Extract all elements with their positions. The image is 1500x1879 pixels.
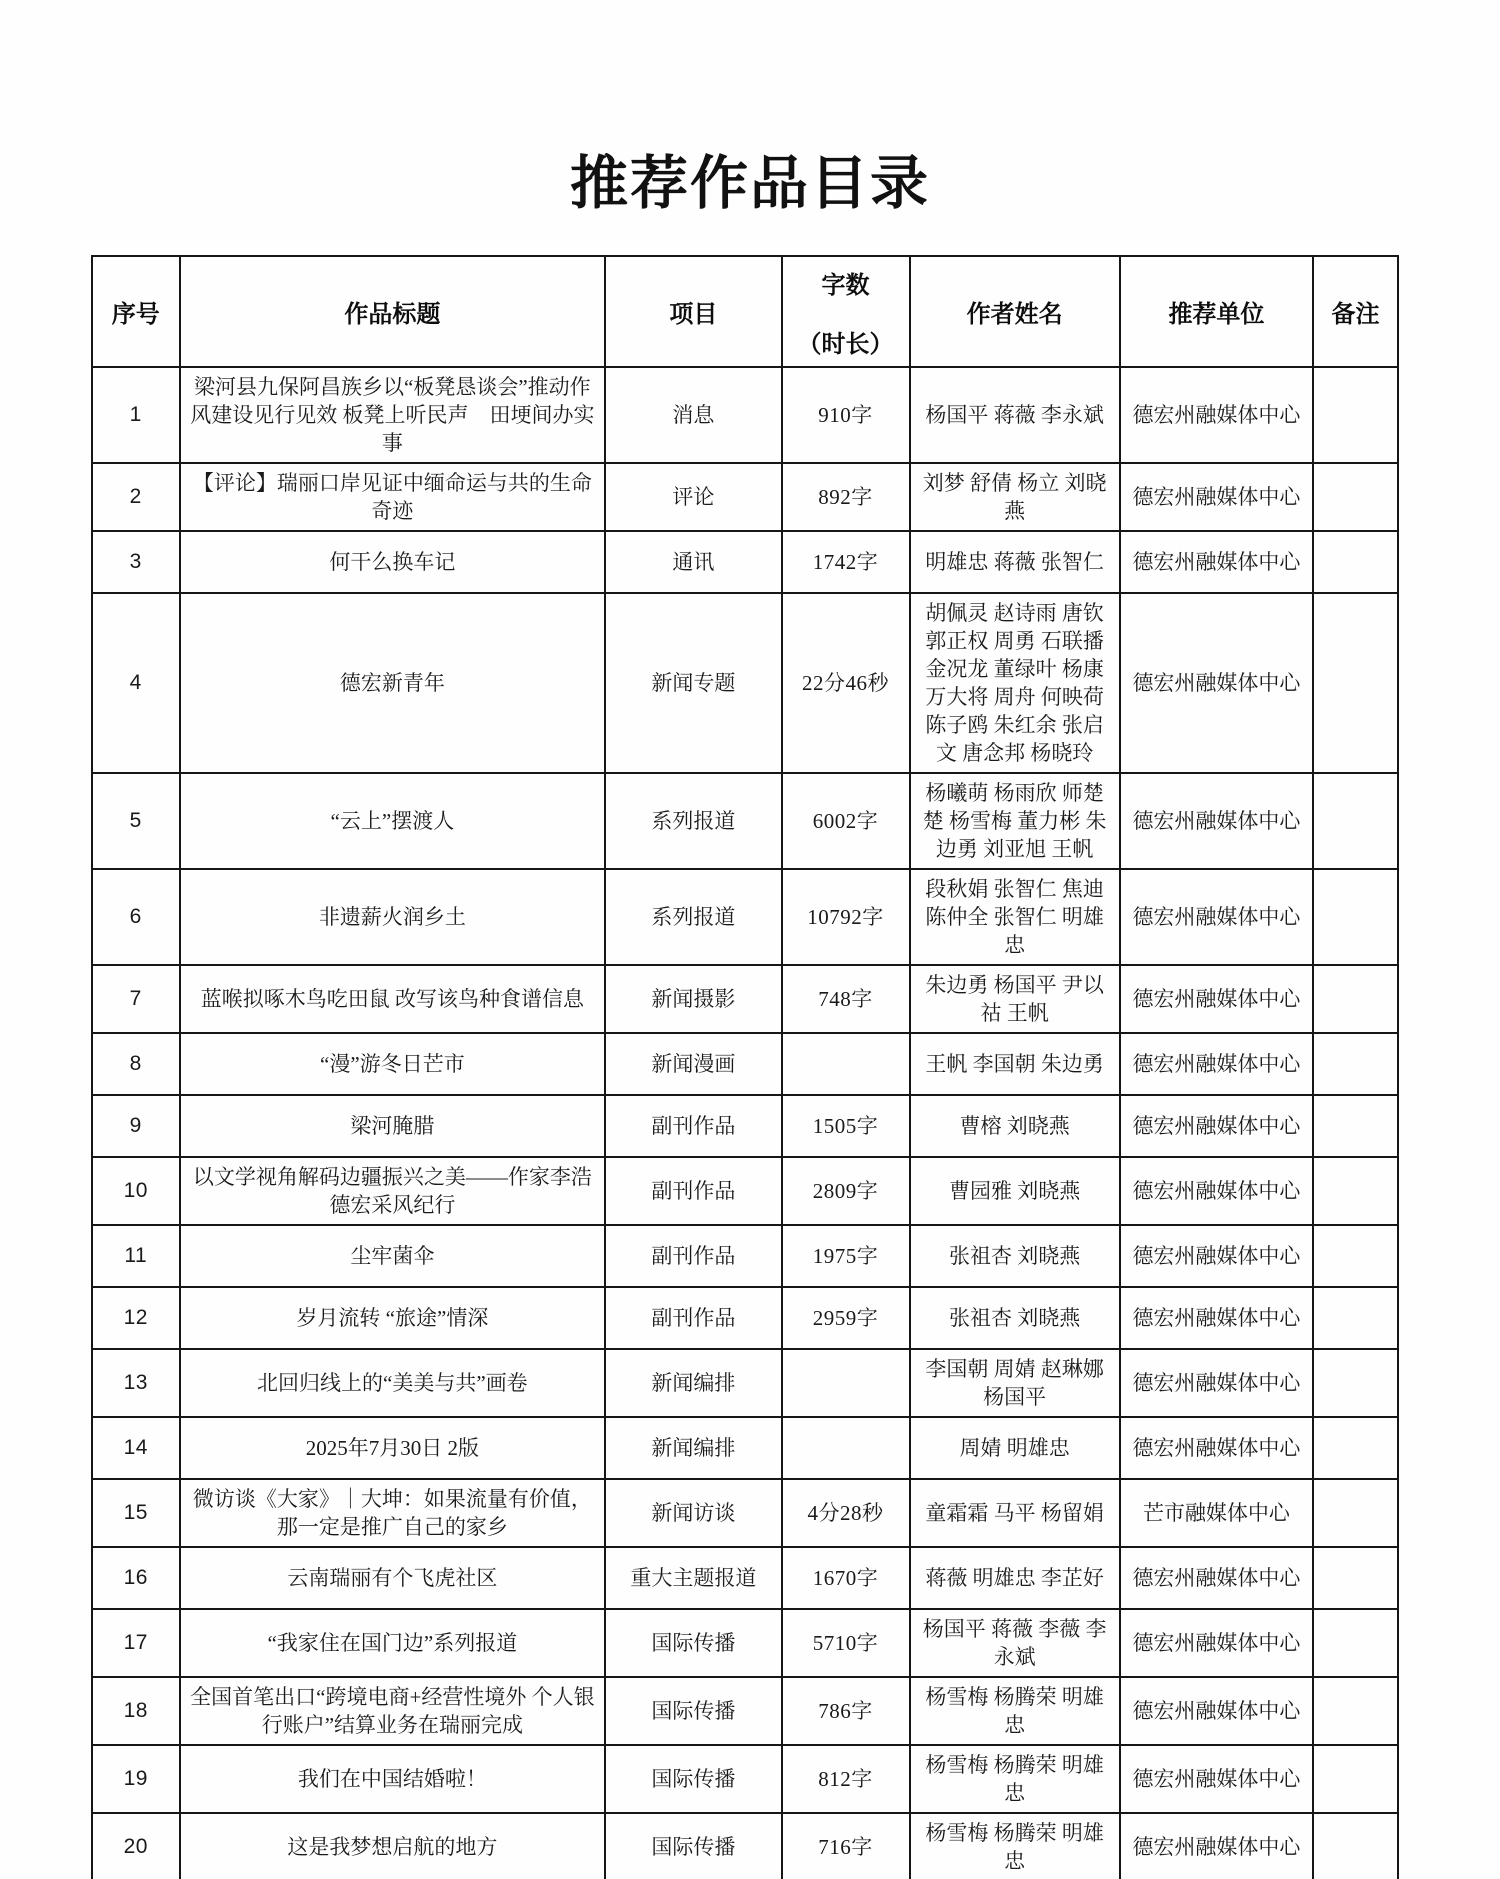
cell-authors: 曹榕 刘晓燕: [910, 1095, 1120, 1157]
cell-no: 13: [92, 1349, 180, 1417]
table-row: 1梁河县九保阿昌族乡以“板凳恳谈会”推动作风建设见行见效 板凳上听民声 田埂间办…: [92, 367, 1398, 463]
cell-unit: 德宏州融媒体中心: [1120, 367, 1313, 463]
cell-unit: 德宏州融媒体中心: [1120, 965, 1313, 1033]
cell-authors: 张祖杏 刘晓燕: [910, 1287, 1120, 1349]
cell-category: 新闻访谈: [605, 1479, 781, 1547]
cell-no: 15: [92, 1479, 180, 1547]
cell-authors: 杨雪梅 杨腾荣 明雄忠: [910, 1813, 1120, 1879]
cell-no: 17: [92, 1609, 180, 1677]
cell-category: 新闻摄影: [605, 965, 781, 1033]
cell-no: 18: [92, 1677, 180, 1745]
cell-title: “漫”游冬日芒市: [180, 1033, 606, 1095]
table-row: 11尘牢菌伞副刊作品1975字张祖杏 刘晓燕德宏州融媒体中心: [92, 1225, 1398, 1287]
cell-category: 消息: [605, 367, 781, 463]
cell-note: [1313, 1609, 1398, 1677]
cell-authors: 童霜霜 马平 杨留娟: [910, 1479, 1120, 1547]
cell-length: 5710字: [782, 1609, 910, 1677]
cell-authors: 明雄忠 蒋薇 张智仁: [910, 531, 1120, 593]
cell-note: [1313, 593, 1398, 773]
cell-note: [1313, 367, 1398, 463]
cell-length: 1975字: [782, 1225, 910, 1287]
cell-authors: 杨国平 蒋薇 李永斌: [910, 367, 1120, 463]
column-header-length: 字数（时长）: [782, 256, 910, 367]
cell-no: 11: [92, 1225, 180, 1287]
table-row: 2【评论】瑞丽口岸见证中缅命运与共的生命奇迹评论892字刘梦 舒倩 杨立 刘晓燕…: [92, 463, 1398, 531]
table-row: 10以文学视角解码边疆振兴之美——作家李浩德宏采风纪行副刊作品2809字曹园雅 …: [92, 1157, 1398, 1225]
cell-length: 10792字: [782, 869, 910, 965]
table-row: 9梁河腌腊副刊作品1505字曹榕 刘晓燕德宏州融媒体中心: [92, 1095, 1398, 1157]
cell-unit: 芒市融媒体中心: [1120, 1479, 1313, 1547]
cell-authors: 蒋薇 明雄忠 李芷好: [910, 1547, 1120, 1609]
cell-no: 2: [92, 463, 180, 531]
cell-length: 2809字: [782, 1157, 910, 1225]
cell-unit: 德宏州融媒体中心: [1120, 773, 1313, 869]
cell-authors: 周婧 明雄忠: [910, 1417, 1120, 1479]
cell-authors: 段秋娟 张智仁 焦迪 陈仲全 张智仁 明雄忠: [910, 869, 1120, 965]
cell-category: 国际传播: [605, 1745, 781, 1813]
cell-note: [1313, 1745, 1398, 1813]
cell-unit: 德宏州融媒体中心: [1120, 1095, 1313, 1157]
column-header-line: 项目: [610, 294, 776, 329]
cell-unit: 德宏州融媒体中心: [1120, 1677, 1313, 1745]
cell-title: 这是我梦想启航的地方: [180, 1813, 606, 1879]
table-row: 3何干么换车记通讯1742字明雄忠 蒋薇 张智仁德宏州融媒体中心: [92, 531, 1398, 593]
table-row: 142025年7月30日 2版新闻编排周婧 明雄忠德宏州融媒体中心: [92, 1417, 1398, 1479]
column-header-line: 备注: [1318, 294, 1393, 329]
table-row: 18全国首笔出口“跨境电商+经营性境外 个人银行账户”结算业务在瑞丽完成国际传播…: [92, 1677, 1398, 1745]
cell-length: 1670字: [782, 1547, 910, 1609]
cell-note: [1313, 463, 1398, 531]
cell-no: 20: [92, 1813, 180, 1879]
cell-length: 4分28秒: [782, 1479, 910, 1547]
cell-title: 梁河县九保阿昌族乡以“板凳恳谈会”推动作风建设见行见效 板凳上听民声 田埂间办实…: [180, 367, 606, 463]
cell-unit: 德宏州融媒体中心: [1120, 1225, 1313, 1287]
cell-title: 全国首笔出口“跨境电商+经营性境外 个人银行账户”结算业务在瑞丽完成: [180, 1677, 606, 1745]
cell-no: 4: [92, 593, 180, 773]
cell-category: 国际传播: [605, 1677, 781, 1745]
cell-length: 812字: [782, 1745, 910, 1813]
cell-unit: 德宏州融媒体中心: [1120, 1033, 1313, 1095]
cell-unit: 德宏州融媒体中心: [1120, 869, 1313, 965]
table-row: 20这是我梦想启航的地方国际传播716字杨雪梅 杨腾荣 明雄忠德宏州融媒体中心: [92, 1813, 1398, 1879]
table-row: 17“我家住在国门边”系列报道国际传播5710字杨国平 蒋薇 李薇 李永斌德宏州…: [92, 1609, 1398, 1677]
cell-no: 6: [92, 869, 180, 965]
cell-no: 3: [92, 531, 180, 593]
column-header-authors: 作者姓名: [910, 256, 1120, 367]
cell-category: 新闻专题: [605, 593, 781, 773]
table-row: 6非遗薪火润乡土系列报道10792字段秋娟 张智仁 焦迪 陈仲全 张智仁 明雄忠…: [92, 869, 1398, 965]
cell-note: [1313, 773, 1398, 869]
cell-unit: 德宏州融媒体中心: [1120, 1745, 1313, 1813]
cell-title: 以文学视角解码边疆振兴之美——作家李浩德宏采风纪行: [180, 1157, 606, 1225]
cell-authors: 杨雪梅 杨腾荣 明雄忠: [910, 1745, 1120, 1813]
cell-length: [782, 1033, 910, 1095]
cell-note: [1313, 1287, 1398, 1349]
cell-no: 8: [92, 1033, 180, 1095]
cell-length: [782, 1349, 910, 1417]
table-row: 16云南瑞丽有个飞虎社区重大主题报道1670字蒋薇 明雄忠 李芷好德宏州融媒体中…: [92, 1547, 1398, 1609]
cell-category: 副刊作品: [605, 1157, 781, 1225]
cell-title: 2025年7月30日 2版: [180, 1417, 606, 1479]
cell-category: 评论: [605, 463, 781, 531]
cell-category: 通讯: [605, 531, 781, 593]
table-body: 1梁河县九保阿昌族乡以“板凳恳谈会”推动作风建设见行见效 板凳上听民声 田埂间办…: [92, 367, 1398, 1879]
cell-length: 716字: [782, 1813, 910, 1879]
cell-authors: 张祖杏 刘晓燕: [910, 1225, 1120, 1287]
cell-unit: 德宏州融媒体中心: [1120, 1287, 1313, 1349]
cell-length: 1742字: [782, 531, 910, 593]
cell-no: 10: [92, 1157, 180, 1225]
cell-unit: 德宏州融媒体中心: [1120, 1609, 1313, 1677]
column-header-line: 序号: [97, 294, 175, 329]
cell-title: 梁河腌腊: [180, 1095, 606, 1157]
cell-unit: 德宏州融媒体中心: [1120, 1417, 1313, 1479]
cell-note: [1313, 1479, 1398, 1547]
table-header: 序号作品标题项目字数（时长）作者姓名推荐单位备注: [92, 256, 1398, 367]
cell-note: [1313, 965, 1398, 1033]
cell-unit: 德宏州融媒体中心: [1120, 1547, 1313, 1609]
cell-length: 786字: [782, 1677, 910, 1745]
cell-title: 北回归线上的“美美与共”画卷: [180, 1349, 606, 1417]
column-header-title: 作品标题: [180, 256, 606, 367]
cell-title: 何干么换车记: [180, 531, 606, 593]
cell-title: 微访谈《大家》｜大坤：如果流量有价值，那一定是推广自己的家乡: [180, 1479, 606, 1547]
cell-length: 1505字: [782, 1095, 910, 1157]
document-page: 推荐作品目录 序号作品标题项目字数（时长）作者姓名推荐单位备注 1梁河县九保阿昌…: [0, 0, 1500, 1879]
cell-category: 新闻漫画: [605, 1033, 781, 1095]
cell-category: 新闻编排: [605, 1349, 781, 1417]
cell-length: 6002字: [782, 773, 910, 869]
cell-no: 14: [92, 1417, 180, 1479]
cell-category: 重大主题报道: [605, 1547, 781, 1609]
cell-unit: 德宏州融媒体中心: [1120, 1813, 1313, 1879]
cell-authors: 王帆 李国朝 朱边勇: [910, 1033, 1120, 1095]
table-row: 8“漫”游冬日芒市新闻漫画王帆 李国朝 朱边勇德宏州融媒体中心: [92, 1033, 1398, 1095]
column-header-note: 备注: [1313, 256, 1398, 367]
cell-title: “云上”摆渡人: [180, 773, 606, 869]
cell-category: 国际传播: [605, 1609, 781, 1677]
cell-note: [1313, 1547, 1398, 1609]
cell-no: 9: [92, 1095, 180, 1157]
cell-unit: 德宏州融媒体中心: [1120, 463, 1313, 531]
page-title: 推荐作品目录: [0, 136, 1500, 220]
cell-note: [1313, 869, 1398, 965]
cell-title: 云南瑞丽有个飞虎社区: [180, 1547, 606, 1609]
cell-note: [1313, 1225, 1398, 1287]
column-header-line: 作品标题: [185, 294, 601, 329]
column-header-unit: 推荐单位: [1120, 256, 1313, 367]
cell-note: [1313, 1157, 1398, 1225]
cell-length: 22分46秒: [782, 593, 910, 773]
cell-unit: 德宏州融媒体中心: [1120, 593, 1313, 773]
column-header-no: 序号: [92, 256, 180, 367]
cell-no: 7: [92, 965, 180, 1033]
cell-note: [1313, 531, 1398, 593]
cell-authors: 杨曦萌 杨雨欣 师楚楚 杨雪梅 董力彬 朱边勇 刘亚旭 王帆: [910, 773, 1120, 869]
cell-length: 2959字: [782, 1287, 910, 1349]
table-row: 12岁月流转 “旅途”情深副刊作品2959字张祖杏 刘晓燕德宏州融媒体中心: [92, 1287, 1398, 1349]
cell-title: 岁月流转 “旅途”情深: [180, 1287, 606, 1349]
cell-no: 12: [92, 1287, 180, 1349]
column-header-line: 推荐单位: [1125, 294, 1308, 329]
cell-no: 16: [92, 1547, 180, 1609]
table-row: 7蓝喉拟啄木鸟吃田鼠 改写该鸟种食谱信息新闻摄影748字朱边勇 杨国平 尹以祜 …: [92, 965, 1398, 1033]
cell-note: [1313, 1095, 1398, 1157]
cell-no: 5: [92, 773, 180, 869]
cell-title: 尘牢菌伞: [180, 1225, 606, 1287]
cell-note: [1313, 1417, 1398, 1479]
cell-category: 副刊作品: [605, 1095, 781, 1157]
column-header-line: 作者姓名: [915, 294, 1115, 329]
cell-category: 国际传播: [605, 1813, 781, 1879]
cell-unit: 德宏州融媒体中心: [1120, 1349, 1313, 1417]
cell-unit: 德宏州融媒体中心: [1120, 1157, 1313, 1225]
cell-title: “我家住在国门边”系列报道: [180, 1609, 606, 1677]
cell-authors: 胡佩灵 赵诗雨 唐钦 郭正权 周勇 石联播 金况龙 董绿叶 杨康 万大将 周舟 …: [910, 593, 1120, 773]
column-header-category: 项目: [605, 256, 781, 367]
cell-authors: 曹园雅 刘晓燕: [910, 1157, 1120, 1225]
table-row: 15微访谈《大家》｜大坤：如果流量有价值，那一定是推广自己的家乡新闻访谈4分28…: [92, 1479, 1398, 1547]
cell-unit: 德宏州融媒体中心: [1120, 531, 1313, 593]
cell-title: 蓝喉拟啄木鸟吃田鼠 改写该鸟种食谱信息: [180, 965, 606, 1033]
cell-title: 非遗薪火润乡土: [180, 869, 606, 965]
cell-note: [1313, 1033, 1398, 1095]
cell-note: [1313, 1349, 1398, 1417]
cell-note: [1313, 1677, 1398, 1745]
cell-authors: 刘梦 舒倩 杨立 刘晓燕: [910, 463, 1120, 531]
cell-category: 副刊作品: [605, 1287, 781, 1349]
cell-length: 892字: [782, 463, 910, 531]
cell-category: 系列报道: [605, 773, 781, 869]
cell-category: 新闻编排: [605, 1417, 781, 1479]
table-row: 13北回归线上的“美美与共”画卷新闻编排李国朝 周婧 赵琳娜 杨国平德宏州融媒体…: [92, 1349, 1398, 1417]
cell-title: 【评论】瑞丽口岸见证中缅命运与共的生命奇迹: [180, 463, 606, 531]
table-row: 5“云上”摆渡人系列报道6002字杨曦萌 杨雨欣 师楚楚 杨雪梅 董力彬 朱边勇…: [92, 773, 1398, 869]
cell-note: [1313, 1813, 1398, 1879]
cell-no: 19: [92, 1745, 180, 1813]
column-header-line: 字数: [787, 265, 905, 300]
recommended-works-table: 序号作品标题项目字数（时长）作者姓名推荐单位备注 1梁河县九保阿昌族乡以“板凳恳…: [91, 255, 1399, 1879]
cell-length: [782, 1417, 910, 1479]
column-header-line: （时长）: [787, 324, 905, 359]
cell-category: 副刊作品: [605, 1225, 781, 1287]
cell-no: 1: [92, 367, 180, 463]
table-row: 19我们在中国结婚啦！国际传播812字杨雪梅 杨腾荣 明雄忠德宏州融媒体中心: [92, 1745, 1398, 1813]
cell-title: 我们在中国结婚啦！: [180, 1745, 606, 1813]
cell-length: 910字: [782, 367, 910, 463]
cell-authors: 朱边勇 杨国平 尹以祜 王帆: [910, 965, 1120, 1033]
header-row: 序号作品标题项目字数（时长）作者姓名推荐单位备注: [92, 256, 1398, 367]
table-row: 4德宏新青年新闻专题22分46秒胡佩灵 赵诗雨 唐钦 郭正权 周勇 石联播 金况…: [92, 593, 1398, 773]
cell-category: 系列报道: [605, 869, 781, 965]
cell-authors: 杨国平 蒋薇 李薇 李永斌: [910, 1609, 1120, 1677]
cell-authors: 杨雪梅 杨腾荣 明雄忠: [910, 1677, 1120, 1745]
cell-length: 748字: [782, 965, 910, 1033]
cell-title: 德宏新青年: [180, 593, 606, 773]
cell-authors: 李国朝 周婧 赵琳娜 杨国平: [910, 1349, 1120, 1417]
